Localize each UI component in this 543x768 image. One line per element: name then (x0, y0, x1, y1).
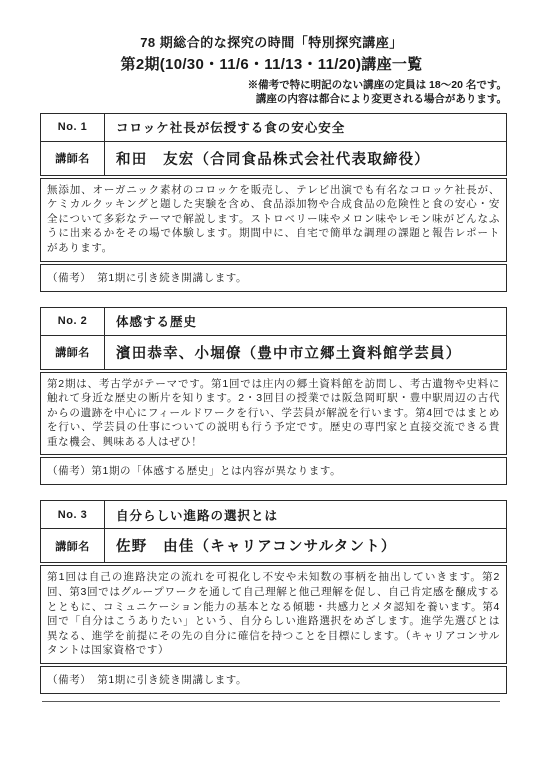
footer-divider (42, 701, 500, 702)
course-3-description: 第1回は自己の進路決定の流れを可視化し不安や未知数の事柄を抽出していきます。第2… (40, 565, 507, 664)
header-note-line1: ※備考で特に明記のない講座の定員は 18～20 名です。 (0, 78, 507, 92)
course-3-remark: （備考） 第1期に引き続き開講します。 (40, 666, 507, 694)
course-1-instructor-name: 和田 友宏（合同食品株式会社代表取締役） (105, 142, 506, 175)
course-2-instructor-name: 濱田恭幸、小堀僚（豊中市立郷土資料館学芸員） (105, 336, 506, 369)
course-block-3: No. 3 自分らしい進路の選択とは 講師名 佐野 由佳（キャリアコンサルタント… (40, 500, 507, 694)
document-title-line1: 78 期総合的な探究の時間「特別探究講座」 (0, 34, 543, 52)
course-3-instructor-label: 講師名 (41, 529, 105, 562)
course-2-instructor-label: 講師名 (41, 336, 105, 369)
course-block-1: No. 1 コロッケ社長が伝授する食の安心安全 講師名 和田 友宏（合同食品株式… (40, 113, 507, 292)
course-block-2: No. 2 体感する歴史 講師名 濱田恭幸、小堀僚（豊中市立郷土資料館学芸員） … (40, 307, 507, 486)
course-2-title: 体感する歴史 (105, 308, 506, 336)
course-2-description: 第2期は、考古学がテーマです。第1回では庄内の郷土資料館を訪問し、考古遺物や史料… (40, 372, 507, 456)
course-1-title: コロッケ社長が伝授する食の安心安全 (105, 114, 506, 142)
course-2-number-cell: No. 2 (41, 308, 105, 336)
course-3-number-cell: No. 3 (41, 501, 105, 529)
course-3-instructor-name: 佐野 由佳（キャリアコンサルタント） (105, 529, 506, 562)
course-1-number-cell: No. 1 (41, 114, 105, 142)
header-notes: ※備考で特に明記のない講座の定員は 18～20 名です。 講座の内容は都合により… (0, 78, 507, 106)
course-3-header-table: No. 3 自分らしい進路の選択とは 講師名 佐野 由佳（キャリアコンサルタント… (40, 500, 507, 563)
course-1-header-table: No. 1 コロッケ社長が伝授する食の安心安全 講師名 和田 友宏（合同食品株式… (40, 113, 507, 176)
document-header: 78 期総合的な探究の時間「特別探究講座」 第2期(10/30・11/6・11/… (0, 0, 543, 107)
document-title-line2: 第2期(10/30・11/6・11/13・11/20)講座一覧 (0, 54, 543, 75)
course-1-instructor-label: 講師名 (41, 142, 105, 175)
course-1-description: 無添加、オーガニック素材のコロッケを販売し、テレビ出演でも有名なコロッケ社長が、… (40, 178, 507, 262)
course-2-remark: （備考）第1期の「体感する歴史」とは内容が異なります。 (40, 457, 507, 485)
course-2-header-table: No. 2 体感する歴史 講師名 濱田恭幸、小堀僚（豊中市立郷土資料館学芸員） (40, 307, 507, 370)
course-1-remark: （備考） 第1期に引き続き開講します。 (40, 264, 507, 292)
document-page: 78 期総合的な探究の時間「特別探究講座」 第2期(10/30・11/6・11/… (0, 0, 543, 768)
course-3-title: 自分らしい進路の選択とは (105, 501, 506, 529)
course-list: No. 1 コロッケ社長が伝授する食の安心安全 講師名 和田 友宏（合同食品株式… (0, 113, 543, 695)
header-note-line2: 講座の内容は都合により変更される場合があります。 (0, 92, 507, 106)
